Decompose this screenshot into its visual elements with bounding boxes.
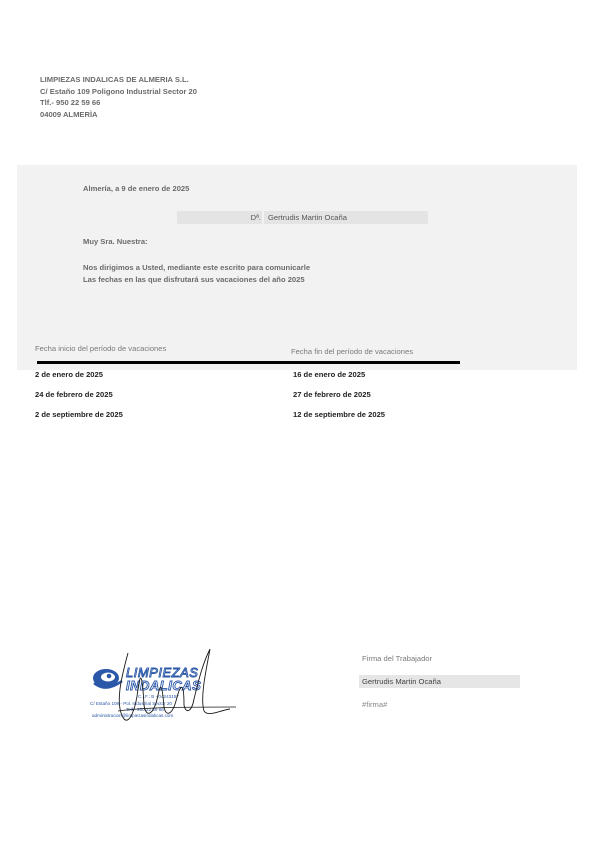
- row-start-date: 2 de septiembre de 2025: [35, 410, 123, 419]
- sender-postal-city: 04009 ALMERÌA: [40, 109, 197, 121]
- sender-company: LIMPIEZAS INDALICAS DE ALMERIA S.L.: [40, 74, 197, 86]
- sender-address: C/ Estaño 109 Poligono Industrial Sector…: [40, 86, 197, 98]
- letter-body-line: Las fechas en las que disfrutará sus vac…: [83, 274, 310, 286]
- row-end-date: 27 de febrero de 2025: [293, 390, 371, 399]
- worker-name: Gertrudis Martin Ocaña: [359, 675, 520, 688]
- recipient-name: Gertrudis Martin Ocaña: [264, 211, 428, 224]
- letter-body-line: Nos dirigimos a Usted, mediante este esc…: [83, 262, 310, 274]
- svg-text:administracion@limpiezasindali: administracion@limpiezasindalicas.com: [92, 713, 173, 718]
- salutation: Muy Sra. Nuestra:: [83, 237, 148, 246]
- row-start-date: 24 de febrero de 2025: [35, 390, 113, 399]
- signature-placeholder: #firma#: [362, 700, 387, 709]
- row-end-date: 16 de enero de 2025: [293, 370, 365, 379]
- sender-block: LIMPIEZAS INDALICAS DE ALMERIA S.L. C/ E…: [40, 74, 197, 120]
- header-end-date: Fecha fin del período de vacaciones: [291, 347, 413, 356]
- sender-phone: Tlf.- 950 22 59 66: [40, 97, 197, 109]
- company-logo-stamp-icon: LIMPIEZAS INDALICAS C.I.F.: B - 04243157…: [88, 645, 238, 727]
- svg-text:C/ Estaño 109 - Pol. Industria: C/ Estaño 109 - Pol. Industrial Sector 2…: [90, 701, 172, 706]
- svg-text:C.I.F.: B - 04243157: C.I.F.: B - 04243157: [138, 694, 179, 699]
- table-header-rule: [37, 361, 460, 364]
- header-start-date: Fecha inicio del período de vacaciones: [35, 344, 166, 353]
- signature-label: Firma del Trabajador: [362, 654, 432, 663]
- recipient-title: Dª.: [177, 211, 262, 224]
- place-date: Almería, a 9 de enero de 2025: [83, 184, 189, 193]
- row-end-date: 12 de septiembre de 2025: [293, 410, 385, 419]
- company-stamp: LIMPIEZAS INDALICAS C.I.F.: B - 04243157…: [88, 645, 238, 727]
- letter-body: Nos dirigimos a Usted, mediante este esc…: [83, 262, 310, 285]
- row-start-date: 2 de enero de 2025: [35, 370, 103, 379]
- svg-text:INDALICAS: INDALICAS: [126, 678, 201, 693]
